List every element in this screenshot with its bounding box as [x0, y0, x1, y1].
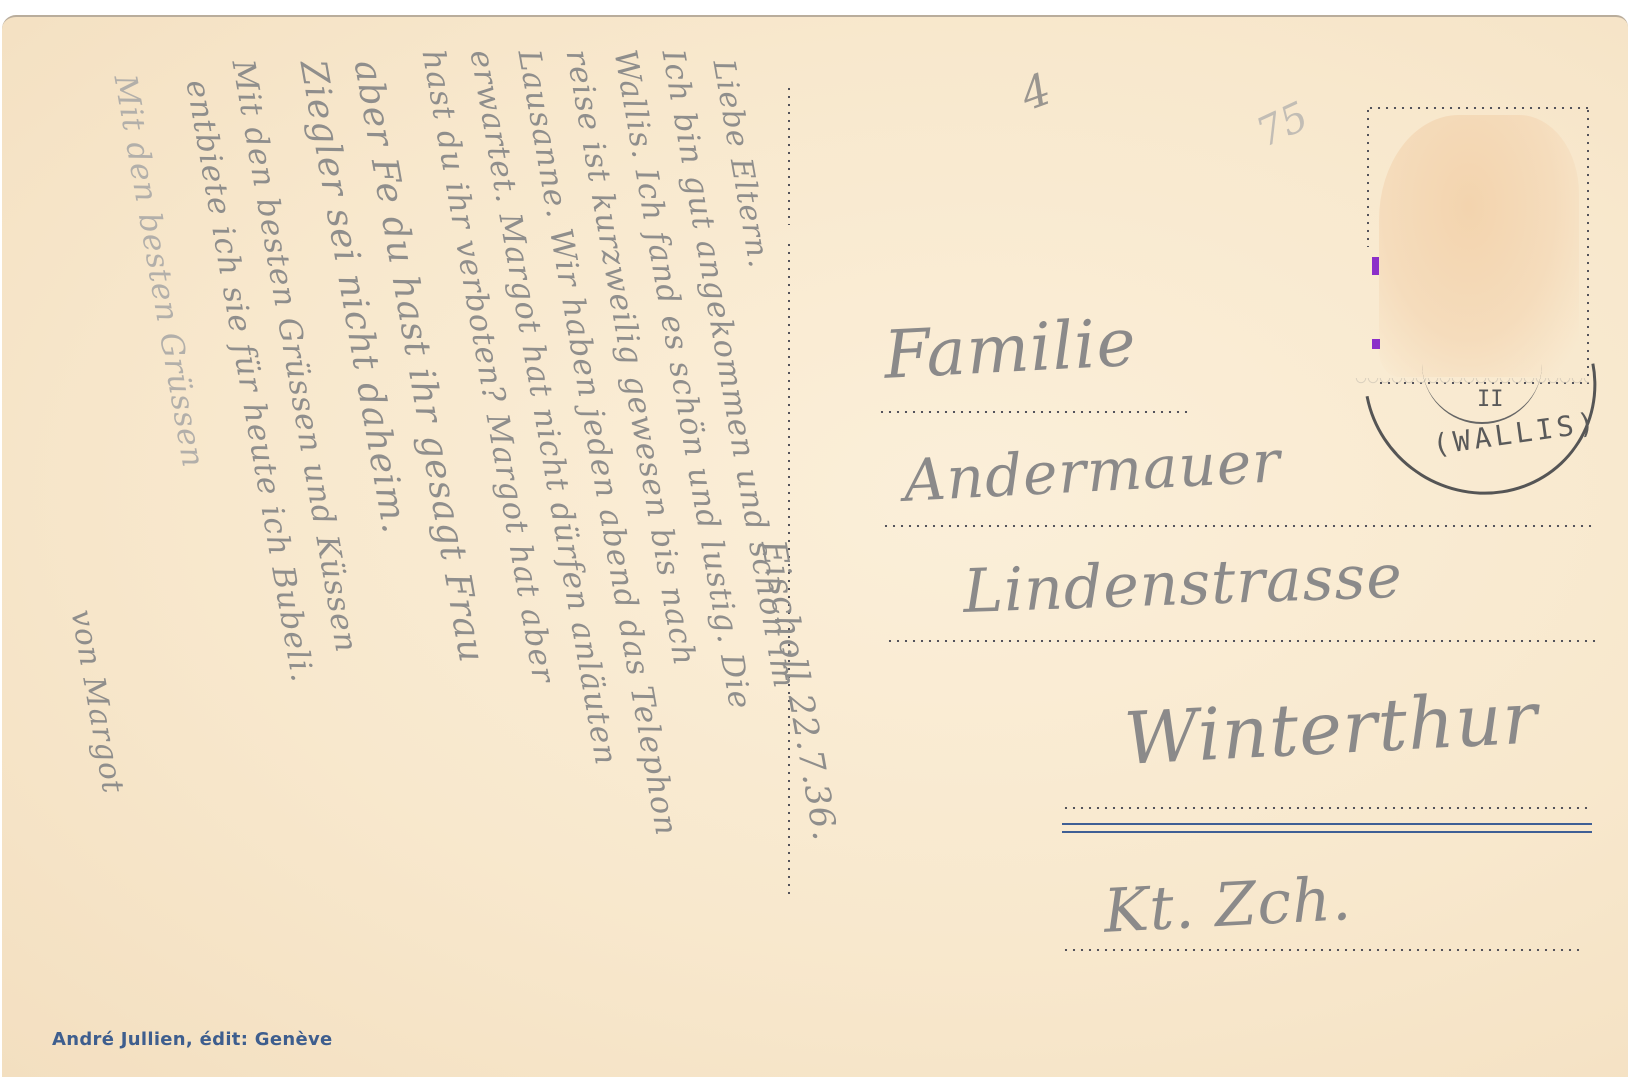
address-dotted-line-1: [878, 411, 1190, 413]
address-dotted-line-4: [1062, 807, 1592, 809]
address-line-street: Lindenstrasse: [962, 542, 1404, 627]
message-signature: von Margot: [64, 607, 131, 796]
address-city-rule-upper: [1062, 823, 1592, 825]
address-dotted-line-5: [1062, 949, 1582, 951]
divider-dotted-upper: [788, 85, 790, 225]
address-dotted-line-2: [882, 525, 1592, 527]
address-dotted-line-3: [886, 640, 1596, 642]
postmark-inner-text: II: [1477, 387, 1504, 412]
address-city-rule-lower: [1062, 831, 1592, 833]
stamp-box-top-border: [1367, 107, 1589, 109]
stamp-remnant-violet: [1372, 257, 1379, 275]
address-line-surname: Andermauer: [902, 427, 1282, 515]
stamp-box-left-border: [1367, 107, 1369, 247]
address-line-name: Familie: [882, 304, 1138, 394]
address-line-canton: Kt. Zch.: [1102, 864, 1353, 947]
pencil-note-top-right: 75: [1250, 93, 1316, 156]
publisher-imprint: André Jullien, édit: Genève: [52, 1029, 333, 1050]
postcard: Liebe Eltern. Ich bin gut angekommen und…: [2, 15, 1628, 1077]
address-line-city: Winterthur: [1122, 675, 1540, 781]
pencil-note-top: 4: [1014, 64, 1058, 122]
